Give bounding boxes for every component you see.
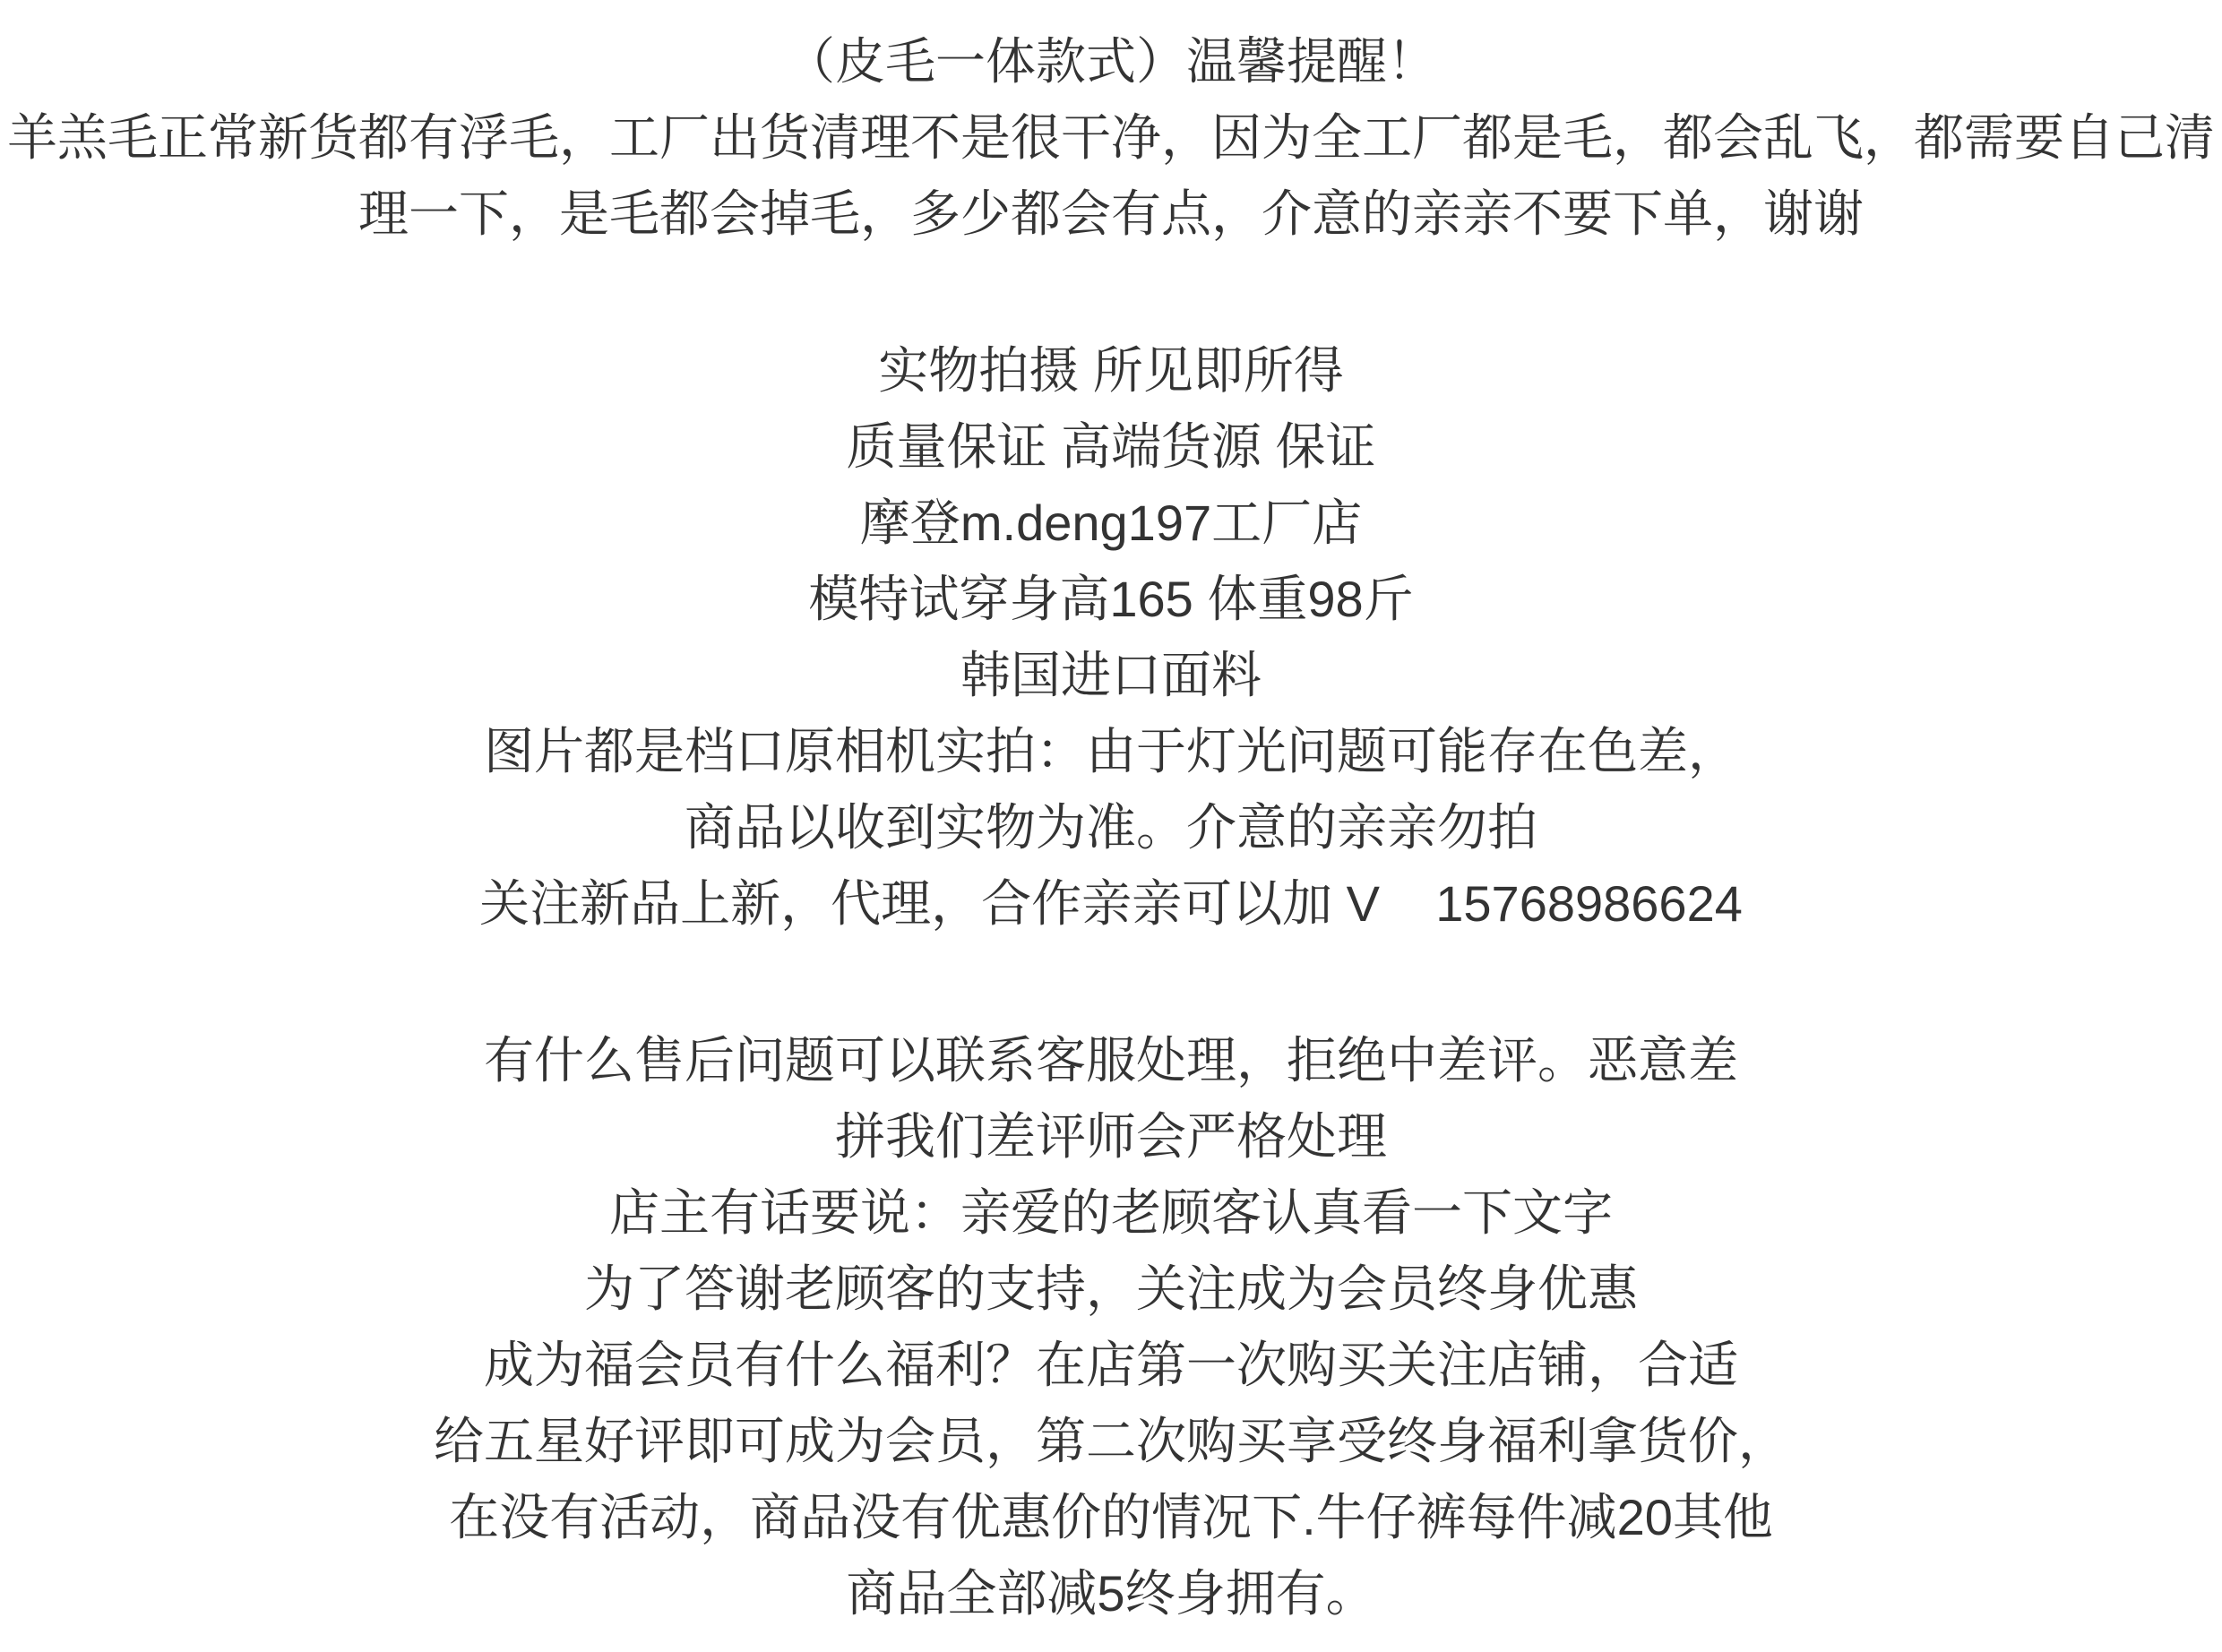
text-line: 成为福会员有什么福利？在店第一次购买关注店铺，合适	[0, 1327, 2222, 1403]
text-line: 图片都是档口原相机实拍：由于灯光问题可能存在色差，	[0, 713, 2222, 789]
text-line: 理一下，是毛都会掉毛，多少都会有点，介意的亲亲不要下单，谢谢	[0, 176, 2222, 252]
text-line: 店主有话要说：亲爱的老顾客认真看一下文字	[0, 1174, 2222, 1251]
text-line: 羊羔毛正常新货都有浮毛，工厂出货清理不是很干净，因为全工厂都是毛，都会乱飞，都需…	[0, 99, 2222, 176]
reminder-title: （皮毛一体款式）温馨提醒！	[0, 23, 2222, 99]
text-line: 为了答谢老顾客的支持，关注成为会员终身优惠	[0, 1251, 2222, 1327]
text-line: 质量保证 高端货源 保证	[0, 409, 2222, 485]
store-name-line: 摩登m.deng197工厂店	[0, 485, 2222, 561]
text-line: 实物拍摄 所见即所得	[0, 332, 2222, 409]
text-line: 有什么售后问题可以联系客服处理，拒绝中差评。恶意差	[0, 1022, 2222, 1098]
model-size-line: 模特试穿身高165 体重98斤	[0, 561, 2222, 637]
text-line: 在没有活动，商品没有优惠价的情况下.牛仔裤每件减20其他	[0, 1479, 2222, 1555]
section-after-sale-membership: 有什么售后问题可以联系客服处理，拒绝中差评。恶意差 拼我们差评师会严格处理 店主…	[0, 1022, 2222, 1631]
text-line: 商品以收到实物为准。介意的亲亲勿拍	[0, 789, 2222, 865]
section-warm-reminder: （皮毛一体款式）温馨提醒！ 羊羔毛正常新货都有浮毛，工厂出货清理不是很干净，因为…	[0, 23, 2222, 252]
seller-notice-page: （皮毛一体款式）温馨提醒！ 羊羔毛正常新货都有浮毛，工厂出货清理不是很干净，因为…	[0, 0, 2222, 1652]
text-line: 韩国进口面料	[0, 637, 2222, 713]
text-line: 拼我们差评师会严格处理	[0, 1098, 2222, 1174]
text-line: 给五星好评即可成为会员，第二次购买享受终身福利拿货价，	[0, 1403, 2222, 1479]
section-store-info: 实物拍摄 所见即所得 质量保证 高端货源 保证 摩登m.deng197工厂店 模…	[0, 332, 2222, 942]
text-line: 商品全部减5终身拥有。	[0, 1555, 2222, 1631]
contact-line: 关注新品上新，代理，合作亲亲可以加 V 15768986624	[0, 865, 2222, 942]
